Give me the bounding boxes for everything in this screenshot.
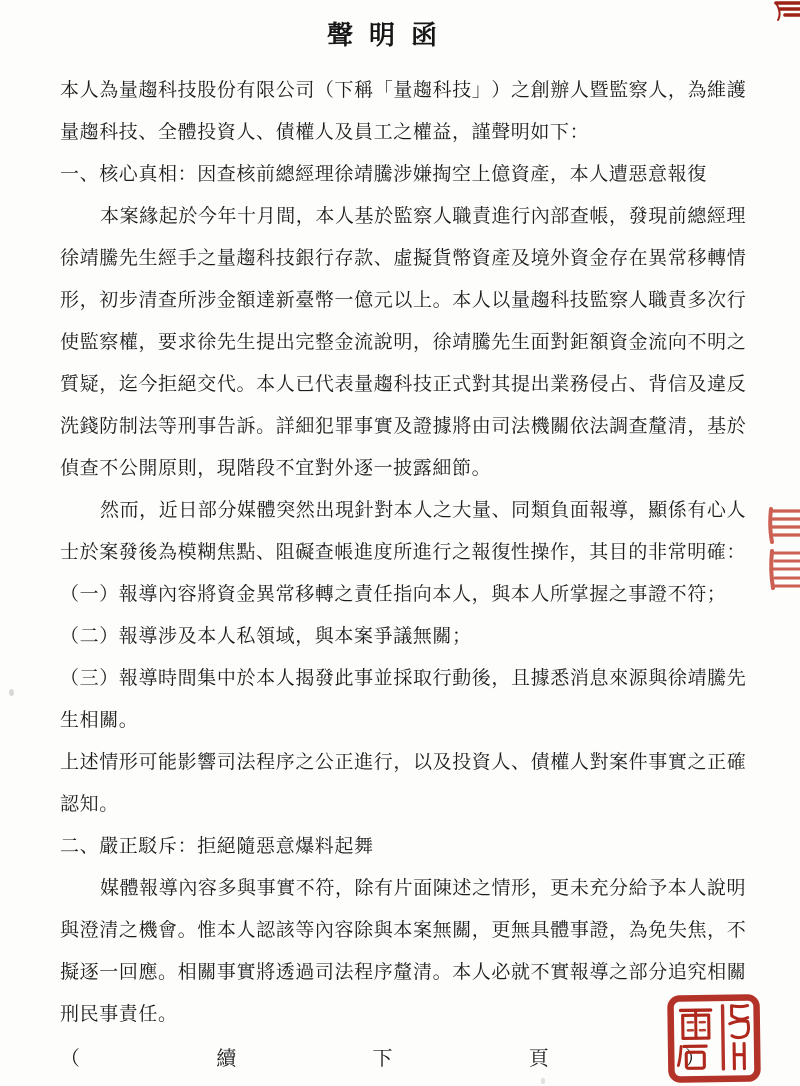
footer-char: 續 <box>216 1042 236 1071</box>
text-line: 二、嚴正駁斥：拒絕隨惡意爆料起舞 <box>60 825 746 867</box>
footer-char: （ <box>60 1042 80 1071</box>
document-title: 聲明函 <box>0 16 800 56</box>
text-line: 媒體報導內容多與事實不符，除有片面陳述之情形，更未充分給予本人說明 <box>60 867 746 909</box>
text-line: 量趨科技、全體投資人、債權人及員工之權益，謹聲明如下： <box>60 111 746 153</box>
text-line: 本人為量趨科技股份有限公司（下稱「量趨科技」）之創辦人暨監察人，為維護 <box>60 69 746 111</box>
text-line: 士於案發後為模糊焦點、阻礙查帳進度所進行之報復性操作，其目的非常明確： <box>60 531 746 573</box>
footer-char: 頁 <box>529 1042 549 1071</box>
text-line: 與澄清之機會。惟本人認該等內容除與本案無關，更無具體事證，為免失焦，不 <box>60 909 746 951</box>
document-body: 本人為量趨科技股份有限公司（下稱「量趨科技」）之創辦人暨監察人，為維護量趨科技、… <box>60 69 746 1077</box>
body-lines: 本人為量趨科技股份有限公司（下稱「量趨科技」）之創辦人暨監察人，為維護量趨科技、… <box>60 69 746 1035</box>
scan-artifact <box>9 689 14 696</box>
text-line: 上述情形可能影響司法程序之公正進行，以及投資人、債權人對案件事實之正確 <box>60 741 746 783</box>
text-line: 質疑，迄今拒絕交代。本人已代表量趨科技正式對其提出業務侵占、背信及違反 <box>60 363 746 405</box>
text-line: 偵查不公開原則，現階段不宜對外逐一披露細節。 <box>60 447 746 489</box>
text-line: 認知。 <box>60 783 746 825</box>
text-line: 擬逐一回應。相關事實將透過司法程序釐清。本人必就不實報導之部分追究相關 <box>60 951 746 993</box>
text-line: （一）報導內容將資金異常移轉之責任指向本人，與本人所掌握之事證不符； <box>60 573 746 615</box>
text-line: 本案緣起於今年十月間，本人基於監察人職責進行內部查帳，發現前總經理 <box>60 195 746 237</box>
footer-char: ） <box>685 1042 705 1071</box>
text-line: 使監察權，要求徐先生提出完整金流說明，徐靖騰先生面對鉅額資金流向不明之 <box>60 321 746 363</box>
text-line: 然而，近日部分媒體突然出現針對本人之大量、同類負面報導，顯係有心人 <box>60 489 746 531</box>
scan-artifact <box>541 1078 545 1084</box>
scanned-statement-page: 聲明函 本人為量趨科技股份有限公司（下稱「量趨科技」）之創辦人暨監察人，為維護量… <box>0 0 800 1086</box>
text-line: （二）報導涉及本人私領域，與本案爭議無關； <box>60 615 746 657</box>
text-line: 洗錢防制法等刑事告訴。詳細犯罪事實及證據將由司法機關依法調查釐清，基於 <box>60 405 746 447</box>
text-line: 刑民事責任。 <box>60 993 746 1035</box>
footer-char: 下 <box>373 1042 393 1071</box>
text-line: 形，初步清查所涉金額達新臺幣一億元以上。本人以量趨科技監察人職責多次行 <box>60 279 746 321</box>
text-line: 徐靖騰先生經手之量趨科技銀行存款、虛擬貨幣資產及境外資金存在異常移轉情 <box>60 237 746 279</box>
text-line: （三）報導時間集中於本人揭發此事並採取行動後，且據悉消息來源與徐靖騰先 <box>60 657 746 699</box>
text-line: 一、核心真相：因查核前總經理徐靖騰涉嫌掏空上億資產，本人遭惡意報復 <box>60 153 746 195</box>
text-line: 生相關。 <box>60 699 746 741</box>
continued-next-page-line: （續下頁） <box>60 1035 705 1077</box>
partial-seal-stamp-right <box>763 503 800 595</box>
